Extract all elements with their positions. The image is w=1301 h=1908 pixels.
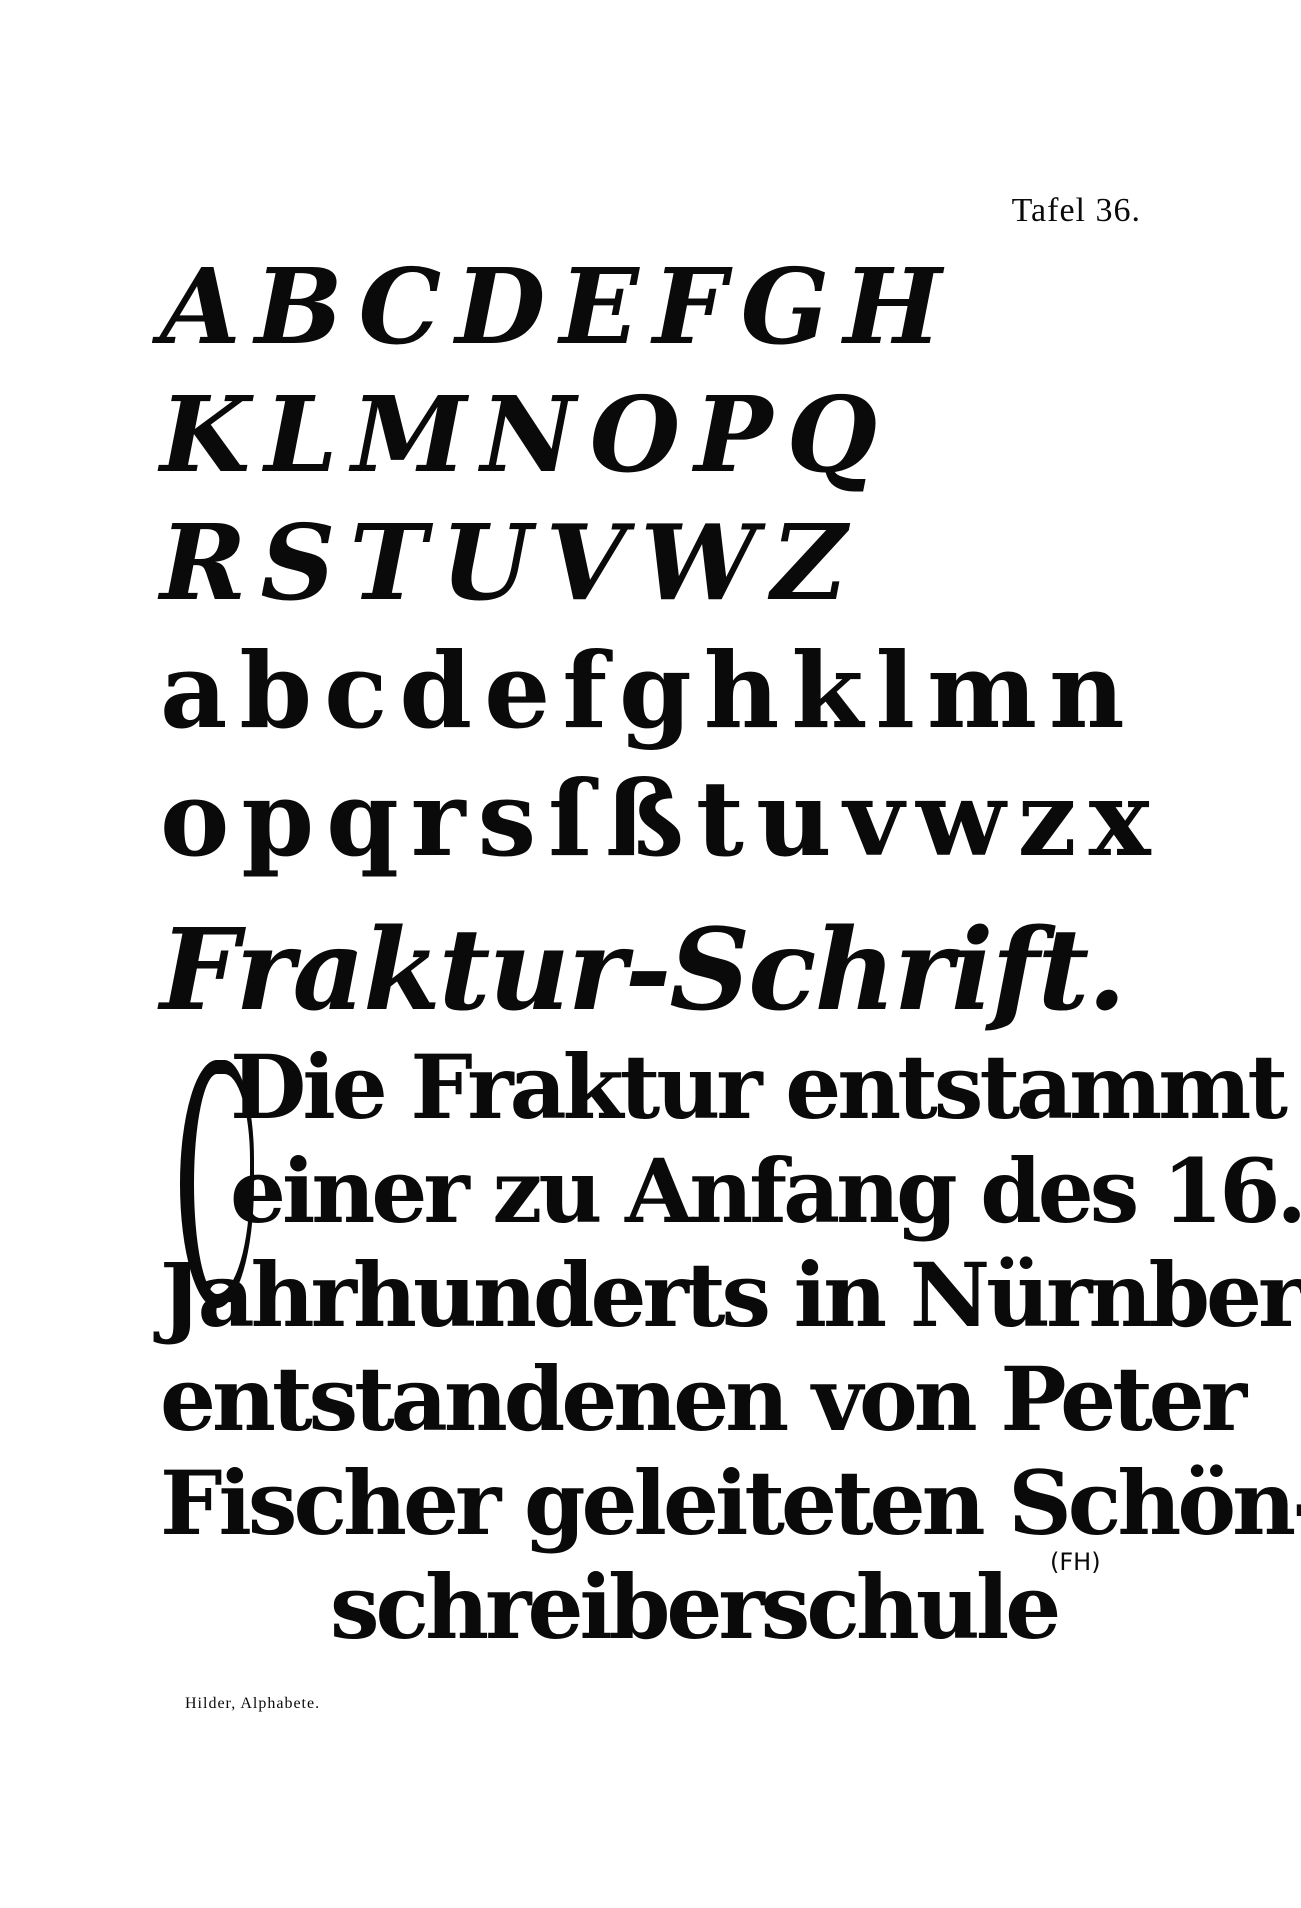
specimen-sheet: ABCDEFGH KLMNOPQ RSTUVWZ abcdefghklmn op… — [160, 255, 1150, 1667]
lowercase-row-1: abcdefghklmn — [160, 639, 1150, 767]
specimen-line-3: Jahrhunderts in Nürnberg — [160, 1251, 1150, 1355]
uppercase-row-2: KLMNOPQ — [160, 383, 1150, 511]
plate-number: Tafel 36. — [1012, 192, 1141, 230]
lowercase-row-2: opqrsſßtuvwzx — [160, 767, 1150, 895]
specimen-line-2: einer zu Anfang des 16. — [160, 1147, 1150, 1251]
specimen-line-4: entstandenen von Peter — [160, 1355, 1150, 1459]
specimen-line-6: schreiberschule — [160, 1563, 1150, 1667]
specimen-line-1: Die Fraktur entstammt — [160, 1043, 1150, 1147]
uppercase-row-1: ABCDEFGH — [160, 255, 1150, 383]
artist-monogram: (FH) — [1050, 1548, 1101, 1576]
specimen-line-5: Fischer geleiteten Schön- — [160, 1459, 1150, 1563]
uppercase-row-3: RSTUVWZ — [160, 511, 1150, 639]
specimen-title: Fraktur-Schrift. — [160, 915, 1150, 1043]
footer-credit: Hilder, Alphabete. — [185, 1695, 320, 1713]
decorative-initial-flourish — [180, 1060, 254, 1308]
